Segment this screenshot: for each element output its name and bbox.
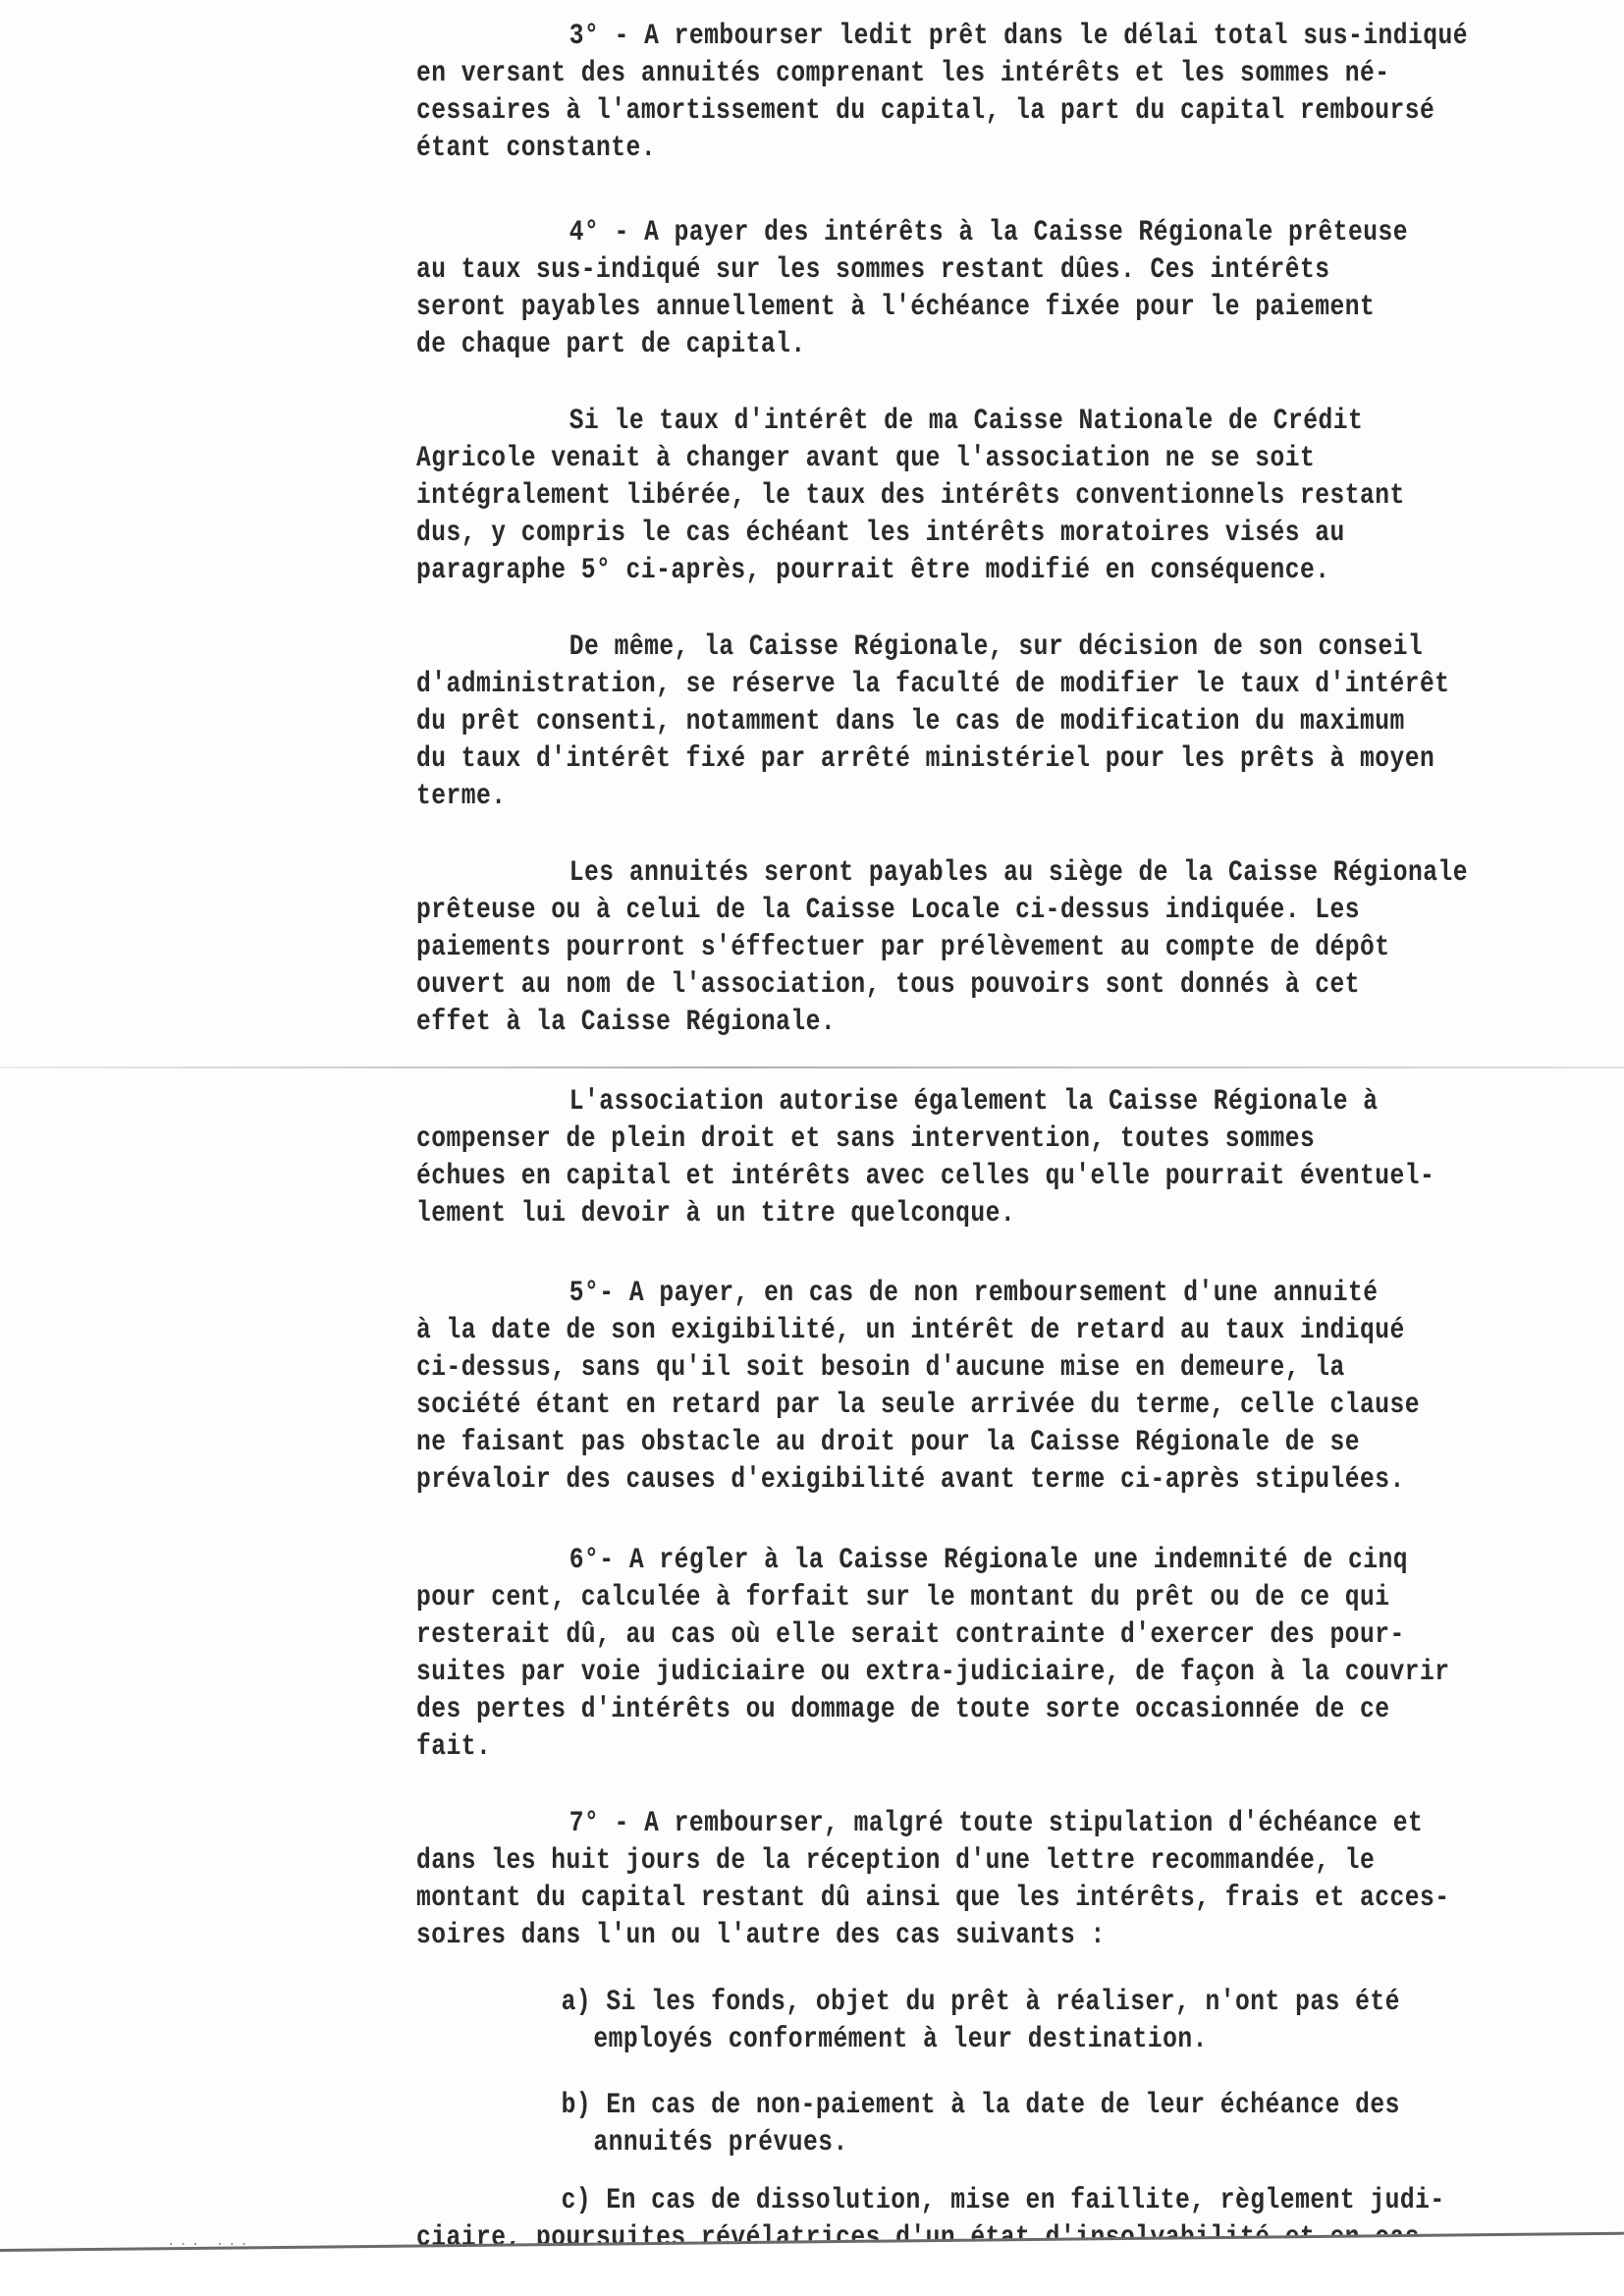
- paragraph-de-meme: De même, la Caisse Régionale, sur décisi…: [416, 629, 1375, 815]
- text-line: De même, la Caisse Régionale, sur décisi…: [416, 629, 1375, 666]
- text-line: compenser de plein droit et sans interve…: [416, 1121, 1375, 1158]
- text-line: en versant des annuités comprenant les i…: [416, 55, 1375, 92]
- text-line: L'association autorise également la Cais…: [416, 1083, 1375, 1121]
- paragraph-5: 5°- A payer, en cas de non remboursement…: [416, 1275, 1375, 1499]
- paragraph-4: 4° - A payer des intérêts à la Caisse Ré…: [416, 214, 1375, 363]
- text-line: paiements pourront s'éffectuer par prélè…: [416, 929, 1375, 966]
- paragraph-3: 3° - A rembourser ledit prêt dans le dél…: [416, 18, 1375, 167]
- text-line: du prêt consenti, notamment dans le cas …: [416, 703, 1375, 740]
- text-line: effet à la Caisse Régionale.: [416, 1004, 1375, 1041]
- text-line: paragraphe 5° ci-après, pourrait être mo…: [416, 552, 1375, 589]
- text-line: 5°- A payer, en cas de non remboursement…: [416, 1275, 1375, 1312]
- text-line: Agricole venait à changer avant que l'as…: [416, 440, 1375, 477]
- text-line: ci-dessus, sans qu'il soit besoin d'aucu…: [416, 1349, 1375, 1387]
- text-line: à la date de son exigibilité, un intérêt…: [416, 1312, 1375, 1349]
- text-line: annuités prévues.: [416, 2124, 1375, 2161]
- text-line: 4° - A payer des intérêts à la Caisse Ré…: [416, 214, 1375, 251]
- text-line: b) En cas de non-paiement à la date de l…: [416, 2087, 1375, 2124]
- text-line: soires dans l'un ou l'autre des cas suiv…: [416, 1917, 1375, 1954]
- text-line: c) En cas de dissolution, mise en failli…: [416, 2182, 1375, 2219]
- text-line: cessaires à l'amortissement du capital, …: [416, 92, 1375, 130]
- text-line: intégralement libérée, le taux des intér…: [416, 477, 1375, 515]
- paragraph-annuites: Les annuités seront payables au siège de…: [416, 854, 1375, 1041]
- paper-fold-line: [0, 1066, 1624, 1068]
- text-line: pour cent, calculée à forfait sur le mon…: [416, 1579, 1375, 1616]
- text-line: Les annuités seront payables au siège de…: [416, 854, 1375, 892]
- paragraph-compensation: L'association autorise également la Cais…: [416, 1083, 1375, 1232]
- paragraph-rate-change: Si le taux d'intérêt de ma Caisse Nation…: [416, 403, 1375, 589]
- text-line: suites par voie judiciaire ou extra-judi…: [416, 1654, 1375, 1691]
- text-line: dus, y compris le cas échéant les intérê…: [416, 515, 1375, 552]
- text-line: dans les huit jours de la réception d'un…: [416, 1842, 1375, 1880]
- text-line: des pertes d'intérêts ou dommage de tout…: [416, 1691, 1375, 1728]
- case-b: b) En cas de non-paiement à la date de l…: [416, 2087, 1375, 2161]
- text-line: seront payables annuellement à l'échéanc…: [416, 289, 1375, 326]
- text-line: d'administration, se réserve la faculté …: [416, 666, 1375, 703]
- text-line: société étant en retard par la seule arr…: [416, 1387, 1375, 1424]
- paragraph-7: 7° - A rembourser, malgré toute stipulat…: [416, 1805, 1375, 1954]
- text-line: employés conformément à leur destination…: [416, 2021, 1375, 2058]
- text-line: au taux sus-indiqué sur les sommes resta…: [416, 251, 1375, 289]
- text-line: ouvert au nom de l'association, tous pou…: [416, 966, 1375, 1004]
- text-line: resterait dû, au cas où elle serait cont…: [416, 1616, 1375, 1654]
- text-line: prévaloir des causes d'exigibilité avant…: [416, 1461, 1375, 1499]
- text-line: de chaque part de capital.: [416, 326, 1375, 363]
- text-line: Si le taux d'intérêt de ma Caisse Nation…: [416, 403, 1375, 440]
- text-line: montant du capital restant dû ainsi que …: [416, 1880, 1375, 1917]
- text-line: ne faisant pas obstacle au droit pour la…: [416, 1424, 1375, 1461]
- text-line: lement lui devoir à un titre quelconque.: [416, 1195, 1375, 1232]
- paragraph-6: 6°- A régler à la Caisse Régionale une i…: [416, 1542, 1375, 1766]
- text-line: 6°- A régler à la Caisse Régionale une i…: [416, 1542, 1375, 1579]
- text-line: a) Si les fonds, objet du prêt à réalise…: [416, 1984, 1375, 2021]
- text-line: du taux d'intérêt fixé par arrêté minist…: [416, 740, 1375, 778]
- text-line: étant constante.: [416, 130, 1375, 167]
- text-line: échues en capital et intérêts avec celle…: [416, 1158, 1375, 1195]
- text-line: 7° - A rembourser, malgré toute stipulat…: [416, 1805, 1375, 1842]
- case-a: a) Si les fonds, objet du prêt à réalise…: [416, 1984, 1375, 2058]
- text-line: 3° - A rembourser ledit prêt dans le dél…: [416, 18, 1375, 55]
- text-line: prêteuse ou à celui de la Caisse Locale …: [416, 892, 1375, 929]
- text-line: fait.: [416, 1728, 1375, 1766]
- text-line: terme.: [416, 778, 1375, 815]
